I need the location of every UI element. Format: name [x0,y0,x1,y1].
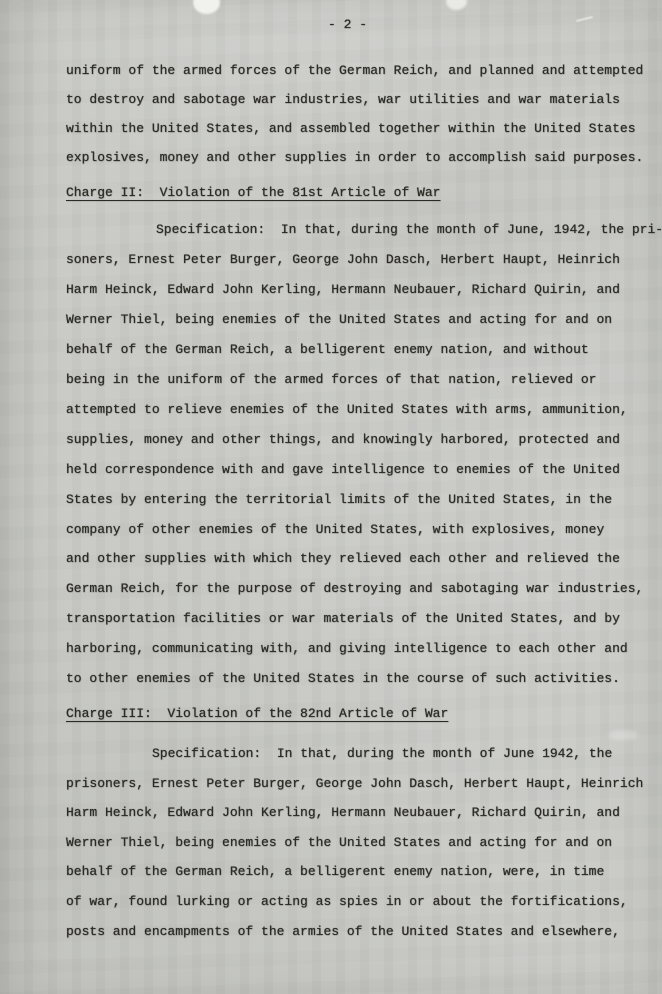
charge-iii-heading: Charge III: Violation of the 82nd Articl… [66,706,448,721]
charge-iii-specification: Specification: In that, during the month… [66,739,643,946]
charge-ii-specification: Specification: In that, during the month… [66,215,662,694]
punch-hole-artifact [193,0,220,14]
charge-ii-heading: Charge II: Violation of the 81st Article… [66,185,440,200]
page-number: - 2 - [328,17,367,32]
scratch-artifact [576,16,593,22]
punch-hole-artifact [446,0,467,10]
intro-paragraph: uniform of the armed forces of the Germa… [66,56,643,172]
scanned-document-page: - 2 - uniform of the armed forces of the… [0,0,662,994]
